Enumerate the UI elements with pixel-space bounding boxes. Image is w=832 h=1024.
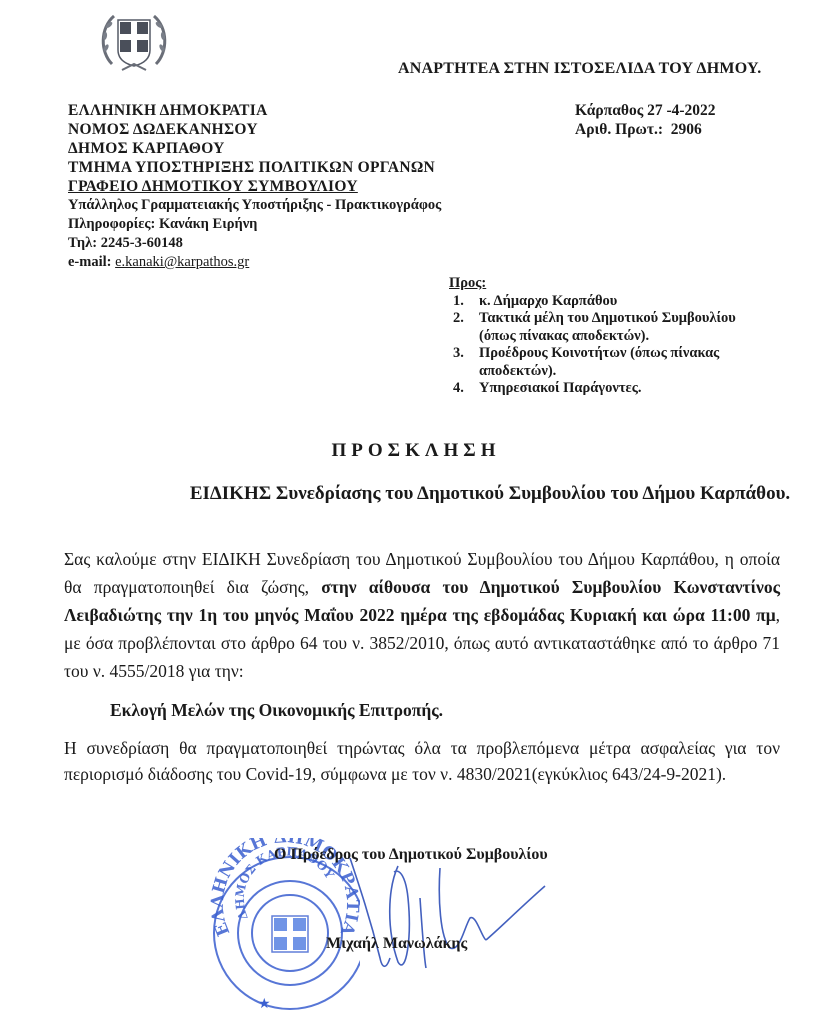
issuer-prefecture: ΝΟΜΟΣ ΔΩΔΕΚΑΝΗΣΟΥ bbox=[68, 120, 441, 139]
recipient-item: 3. Προέδρους Κοινοτήτων (όπως πίνακας απ… bbox=[453, 345, 799, 380]
invitation-paragraph: Σας καλούμε στην ΕΙΔΙΚΗ Συνεδρίαση του Δ… bbox=[64, 545, 780, 685]
protocol-line: Αριθ. Πρωτ.: 2906 bbox=[575, 120, 716, 139]
email-link[interactable]: e.kanaki@karpathos.gr bbox=[115, 254, 249, 270]
posting-notice: ΑΝΑΡΤΗΤΕΑ ΣΤΗΝ ΙΣΤΟΣΕΛΙΔΑ ΤΟΥ ΔΗΜΟΥ. bbox=[398, 60, 761, 78]
recipients-block: Προς: 1. κ. Δήμαρχο Καρπάθου 2. Τακτικά … bbox=[449, 275, 799, 398]
issuer-phone: Τηλ: 2245-3-60148 bbox=[68, 234, 441, 253]
safety-paragraph: Η συνεδρίαση θα πραγματοποιηθεί τηρώντας… bbox=[64, 735, 780, 787]
recipients-label: Προς: bbox=[449, 275, 799, 293]
issuer-municipality: ΔΗΜΟΣ ΚΑΡΠΑΘΟΥ bbox=[68, 139, 441, 158]
signatory-name: Μιχαήλ Μανωλάκης bbox=[326, 935, 467, 953]
recipient-item: 1. κ. Δήμαρχο Καρπάθου bbox=[453, 293, 799, 311]
agenda-item: Εκλογή Μελών της Οικονομικής Επιτροπής. bbox=[110, 700, 443, 721]
info-label: Πληροφορίες: bbox=[68, 216, 155, 232]
recipient-item: 2. Τακτικά μέλη του Δημοτικού Συμβουλίου… bbox=[453, 310, 749, 345]
issuer-info: Πληροφορίες: Κανάκη Ειρήνη bbox=[68, 215, 441, 234]
svg-text:★: ★ bbox=[258, 997, 271, 1012]
greek-coat-of-arms-icon bbox=[98, 8, 170, 76]
issuer-block: ΕΛΛΗΝΙΚΗ ΔΗΜΟΚΡΑΤΙΑ ΝΟΜΟΣ ΔΩΔΕΚΑΝΗΣΟΥ ΔΗ… bbox=[68, 101, 441, 272]
info-value: Κανάκη Ειρήνη bbox=[159, 216, 257, 232]
issuer-republic: ΕΛΛΗΝΙΚΗ ΔΗΜΟΚΡΑΤΙΑ bbox=[68, 101, 441, 120]
handwritten-signature bbox=[290, 858, 570, 978]
date-protocol-block: Κάρπαθος 27 -4-2022 Αριθ. Πρωτ.: 2906 bbox=[575, 101, 716, 139]
date-line: Κάρπαθος 27 -4-2022 bbox=[575, 101, 716, 120]
issuer-office: ΓΡΑΦΕΙΟ ΔΗΜΟΤΙΚΟΥ ΣΥΜΒΟΥΛΙΟΥ bbox=[68, 177, 441, 196]
phone-value: 2245-3-60148 bbox=[101, 235, 183, 251]
email-label: e-mail: bbox=[68, 254, 111, 270]
document-title: ΠΡΟΣΚΛΗΣΗ bbox=[0, 440, 832, 462]
issuer-role: Υπάλληλος Γραμματειακής Υποστήριξης - Πρ… bbox=[68, 196, 441, 215]
protocol-label: Αριθ. Πρωτ.: bbox=[575, 121, 663, 138]
issuer-email: e-mail: e.kanaki@karpathos.gr bbox=[68, 253, 441, 272]
phone-label: Τηλ: bbox=[68, 235, 97, 251]
recipients-list: 1. κ. Δήμαρχο Καρπάθου 2. Τακτικά μέλη τ… bbox=[449, 293, 799, 398]
recipient-item: 4. Υπηρεσιακοί Παράγοντες. bbox=[453, 380, 799, 398]
protocol-number: 2906 bbox=[671, 121, 702, 138]
issuer-department: ΤΜΗΜΑ ΥΠΟΣΤΗΡΙΞΗΣ ΠΟΛΙΤΙΚΩΝ ΟΡΓΑΝΩΝ bbox=[68, 158, 441, 177]
document-subtitle: ΕΙΔΙΚΗΣ Συνεδρίασης του Δημοτικού Συμβου… bbox=[160, 482, 820, 506]
